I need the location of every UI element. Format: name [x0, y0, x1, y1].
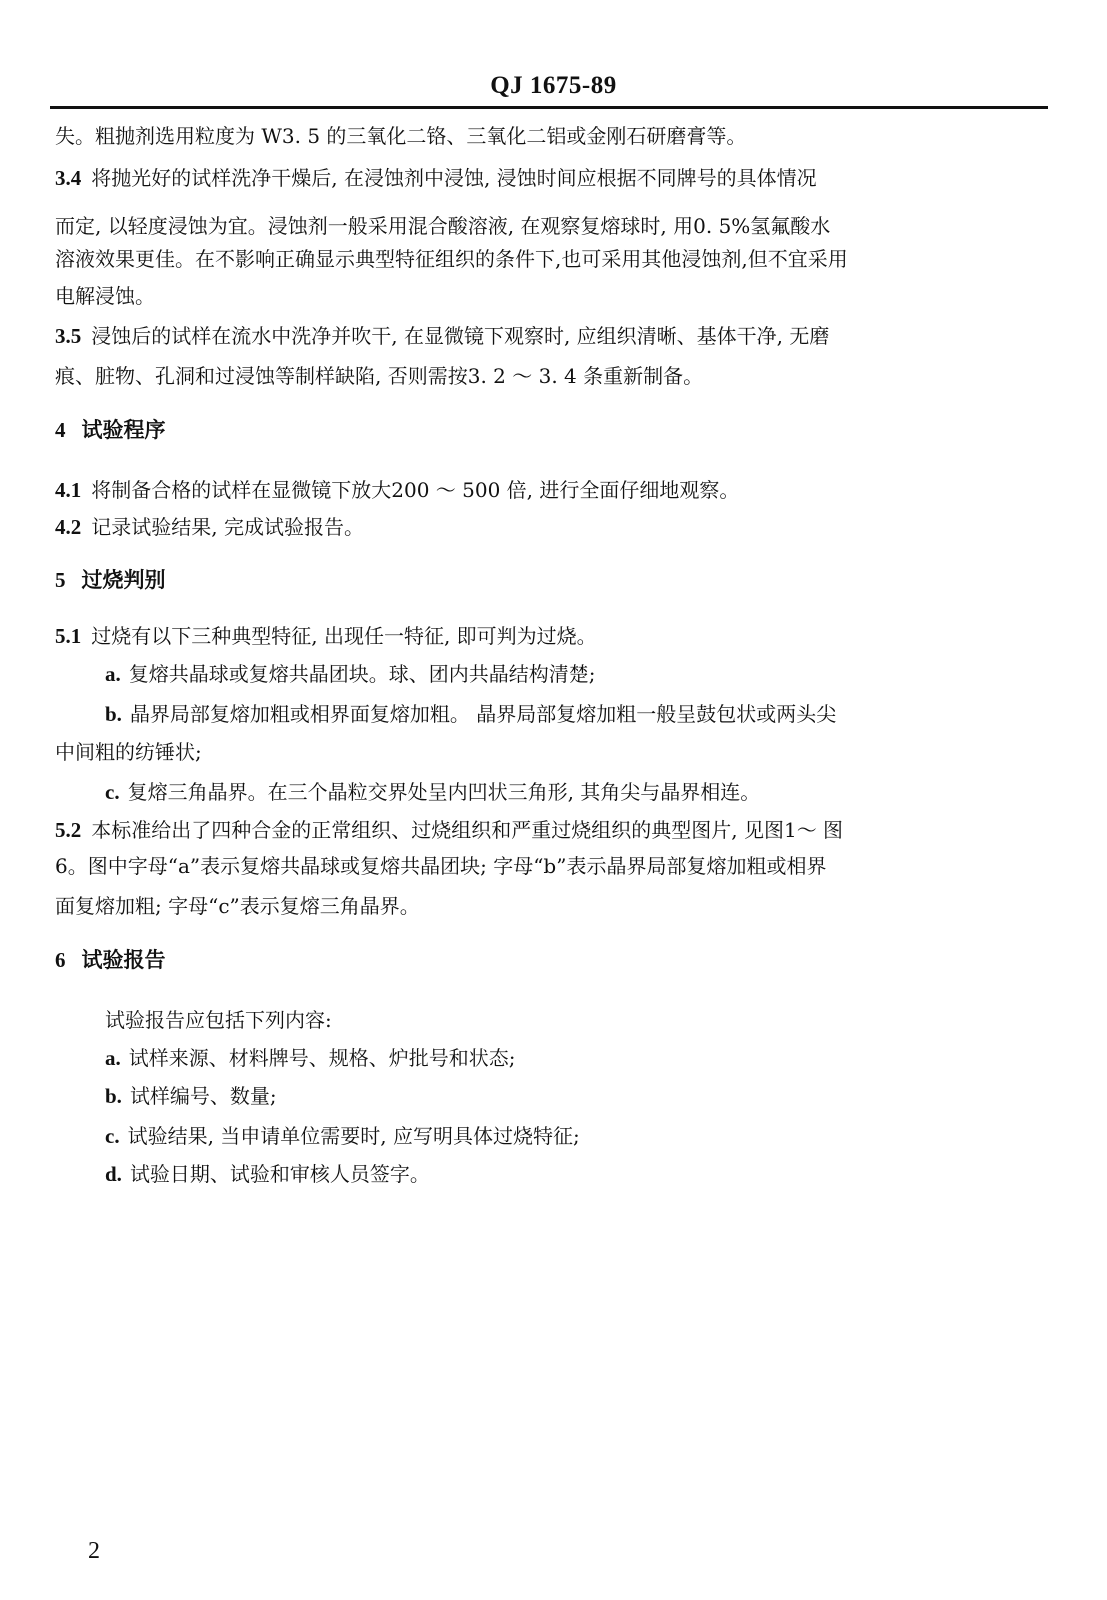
- list-item-b: b.试样编号、数量;: [105, 1082, 277, 1110]
- paragraph-line: 面复熔加粗; 字母“c”表示复熔三角晶界。: [55, 892, 420, 920]
- section-heading-6: 6试验报告: [55, 946, 166, 974]
- paragraph-line: 电解浸蚀。: [55, 282, 155, 310]
- clause-number: 5.2: [55, 818, 81, 842]
- paragraph-line: 6。图中字母“a”表示复熔共晶球或复熔共晶团块; 字母“b”表示晶界局部复熔加粗…: [55, 852, 826, 880]
- clause-number: 4.2: [55, 515, 81, 539]
- section-heading-4: 4试验程序: [55, 416, 166, 444]
- page-number: 2: [88, 1538, 100, 1565]
- clause-5-1: 5.1过烧有以下三种典型特征, 出现任一特征, 即可判为过烧。: [55, 622, 597, 650]
- clause-3-4: 3.4将抛光好的试样洗净干燥后, 在浸蚀剂中浸蚀, 浸蚀时间应根据不同牌号的具体…: [55, 164, 817, 192]
- clause-number: 4.1: [55, 478, 81, 502]
- list-item-d: d.试验日期、试验和审核人员签字。: [105, 1160, 430, 1188]
- list-item-c: c.复熔三角晶界。在三个晶粒交界处呈内凹状三角形, 其角尖与晶界相连。: [105, 778, 760, 806]
- paragraph-line: 溶液效果更佳。在不影响正确显示典型特征组织的条件下,也可采用其他浸蚀剂,但不宜采…: [55, 245, 848, 273]
- clause-number: 3.5: [55, 324, 81, 348]
- list-item-a: a.试样来源、材料牌号、规格、炉批号和状态;: [105, 1044, 516, 1072]
- header-rule: [50, 106, 1048, 109]
- clause-number: 3.4: [55, 166, 81, 190]
- clause-4-1: 4.1将制备合格的试样在显微镜下放大200 ～ 500 倍, 进行全面仔细地观察…: [55, 476, 739, 504]
- paragraph-line: 试验报告应包括下列内容:: [105, 1006, 332, 1034]
- section-heading-5: 5过烧判别: [55, 566, 166, 594]
- document-code-header: QJ 1675-89: [0, 72, 1107, 100]
- list-item-c: c.试验结果, 当申请单位需要时, 应写明具体过烧特征;: [105, 1122, 580, 1150]
- paragraph-line: 而定, 以轻度浸蚀为宜。浸蚀剂一般采用混合酸溶液, 在观察复熔球时, 用0. 5…: [55, 212, 830, 240]
- paragraph-line: 失。粗抛剂选用粒度为 W3. 5 的三氧化二铬、三氧化二铝或金刚石研磨膏等。: [55, 122, 746, 150]
- clause-number: 5.1: [55, 624, 81, 648]
- clause-5-2: 5.2本标准给出了四种合金的正常组织、过烧组织和严重过烧组织的典型图片, 见图1…: [55, 816, 843, 844]
- list-item-a: a.复熔共晶球或复熔共晶团块。球、团内共晶结构清楚;: [105, 660, 596, 688]
- paragraph-line: 中间粗的纺锤状;: [55, 738, 202, 766]
- clause-4-2: 4.2记录试验结果, 完成试验报告。: [55, 513, 364, 541]
- list-item-b: b.晶界局部复熔加粗或相界面复熔加粗。 晶界局部复熔加粗一般呈鼓包状或两头尖: [105, 700, 836, 728]
- clause-3-5: 3.5浸蚀后的试样在流水中洗净并吹干, 在显微镜下观察时, 应组织清晰、基体干净…: [55, 322, 829, 350]
- paragraph-line: 痕、脏物、孔洞和过浸蚀等制样缺陷, 否则需按3. 2 ～ 3. 4 条重新制备。: [55, 362, 703, 390]
